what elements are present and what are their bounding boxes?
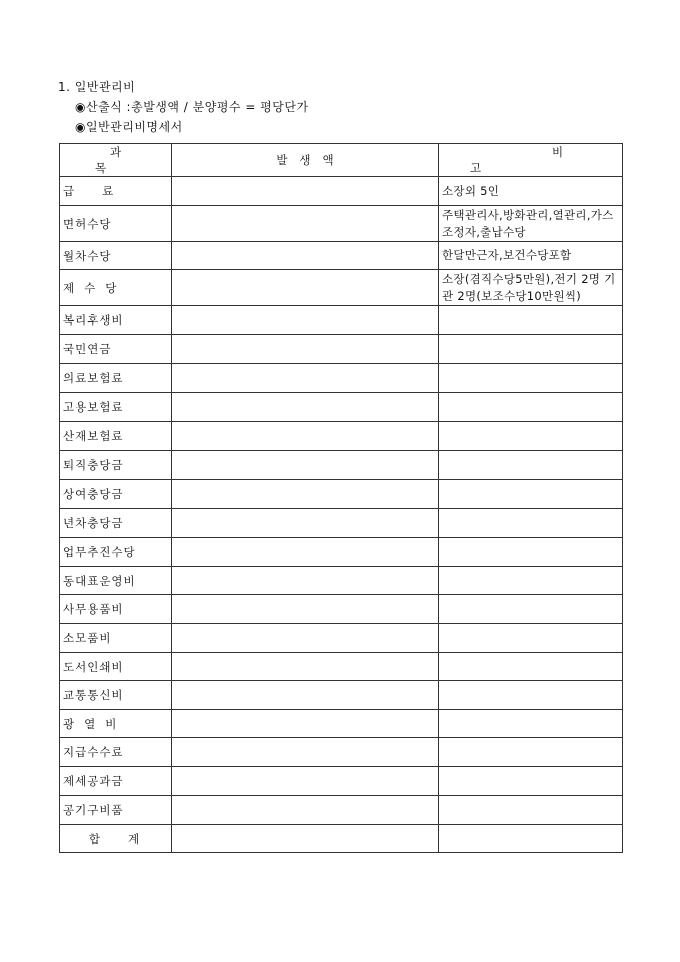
total-note [439,825,623,853]
table-row: 퇴직충당금 [60,451,623,480]
row-subject: 동대표운영비 [60,567,172,595]
row-amount[interactable] [172,206,439,242]
row-note [439,364,623,393]
row-amount[interactable] [172,595,439,624]
table-row: 지급수수료 [60,738,623,767]
row-subject: 상여충당금 [60,480,172,509]
table-row: 동대표운영비 [60,567,623,595]
header-note: 비고 [439,144,623,177]
row-subject: 국민연금 [60,335,172,364]
row-amount[interactable] [172,710,439,738]
row-amount[interactable] [172,306,439,335]
row-subject: 면허수당 [60,206,172,242]
table-row: 의료보험료 [60,364,623,393]
table-row: 업무추진수당 [60,538,623,567]
row-subject: 의료보험료 [60,364,172,393]
row-amount[interactable] [172,335,439,364]
subject-text: 제수당 [63,281,126,295]
row-note [439,480,623,509]
row-amount[interactable] [172,270,439,306]
row-note: 한달만근자,보건수당포함 [439,242,623,270]
row-subject: 퇴직충당금 [60,451,172,480]
header-note-label: 비고 [442,145,623,175]
header-amount: 발생액 [172,144,439,177]
row-note [439,595,623,624]
row-amount[interactable] [172,242,439,270]
row-subject: 공기구비품 [60,796,172,825]
row-subject: 고용보험료 [60,393,172,422]
row-note [439,738,623,767]
row-note [439,624,623,653]
row-note [439,306,623,335]
row-note: 소장(겸직수당5만원),전기 2명 기관 2명(보조수당10만원씩) [439,270,623,306]
table-row: 도서인쇄비 [60,653,623,681]
header-subject-label: 과목 [80,145,151,175]
row-subject: 제수당 [60,270,172,306]
row-amount[interactable] [172,653,439,681]
row-note [439,796,623,825]
total-label-text: 합계 [61,832,167,846]
row-subject: 도서인쇄비 [60,653,172,681]
row-subject: 교통통신비 [60,681,172,710]
table-row: 제수당 소장(겸직수당5만원),전기 2명 기관 2명(보조수당10만원씩) [60,270,623,306]
table-row: 공기구비품 [60,796,623,825]
row-subject: 산재보험료 [60,422,172,451]
row-subject: 급료 [60,177,172,206]
row-amount[interactable] [172,538,439,567]
row-subject: 제세공과금 [60,767,172,796]
header-subject: 과목 [60,144,172,177]
row-note [439,681,623,710]
row-amount[interactable] [172,451,439,480]
total-label: 합계 [60,825,172,853]
table-row: 사무용품비 [60,595,623,624]
row-amount[interactable] [172,738,439,767]
table-row: 소모품비 [60,624,623,653]
row-subject: 광열비 [60,710,172,738]
table-header-row: 과목 발생액 비고 [60,144,623,177]
row-amount[interactable] [172,624,439,653]
row-note [439,393,623,422]
header-amount-label: 발생액 [264,153,345,167]
table-row: 광열비 [60,710,623,738]
table-row: 고용보험료 [60,393,623,422]
table-row: 면허수당 주택관리사,방화관리,열관리,가스조정자,출납수당 [60,206,623,242]
total-amount[interactable] [172,825,439,853]
row-note [439,335,623,364]
row-amount[interactable] [172,767,439,796]
row-subject: 년차충당금 [60,509,172,538]
row-amount[interactable] [172,364,439,393]
general-admin-expense-table: 과목 발생액 비고 급료 소장외 5인 면허수당 주택관리사,방화관리,열관리,… [59,143,623,853]
table-row: 복리후생비 [60,306,623,335]
row-amount[interactable] [172,480,439,509]
row-amount[interactable] [172,681,439,710]
row-amount[interactable] [172,393,439,422]
row-note [439,509,623,538]
subject-text: 광열비 [63,717,126,731]
table-row: 산재보험료 [60,422,623,451]
table-row: 월차수당 한달만근자,보건수당포함 [60,242,623,270]
row-amount[interactable] [172,509,439,538]
row-amount[interactable] [172,177,439,206]
row-subject: 업무추진수당 [60,538,172,567]
table-row: 국민연금 [60,335,623,364]
statement-subtitle: ◉일반관리비명세서 [75,119,183,135]
table-row: 급료 소장외 5인 [60,177,623,206]
row-amount[interactable] [172,796,439,825]
row-amount[interactable] [172,567,439,595]
section-title: 1. 일반관리비 [58,79,135,95]
row-note [439,767,623,796]
row-note: 소장외 5인 [439,177,623,206]
table-row: 제세공과금 [60,767,623,796]
table-row: 년차충당금 [60,509,623,538]
row-note [439,653,623,681]
table-body: 급료 소장외 5인 면허수당 주택관리사,방화관리,열관리,가스조정자,출납수당… [60,177,623,853]
row-subject: 사무용품비 [60,595,172,624]
table-row: 상여충당금 [60,480,623,509]
row-note [439,422,623,451]
row-subject: 소모품비 [60,624,172,653]
row-subject: 지급수수료 [60,738,172,767]
table-row-total: 합계 [60,825,623,853]
formula-line: ◉산출식 :총발생액 / 분양평수 = 평당단가 [75,99,309,115]
row-note [439,538,623,567]
row-amount[interactable] [172,422,439,451]
row-note [439,710,623,738]
row-note [439,567,623,595]
table-row: 교통통신비 [60,681,623,710]
row-subject: 복리후생비 [60,306,172,335]
subject-text: 급료 [63,184,141,198]
row-note [439,451,623,480]
row-subject: 월차수당 [60,242,172,270]
row-note: 주택관리사,방화관리,열관리,가스조정자,출납수당 [439,206,623,242]
